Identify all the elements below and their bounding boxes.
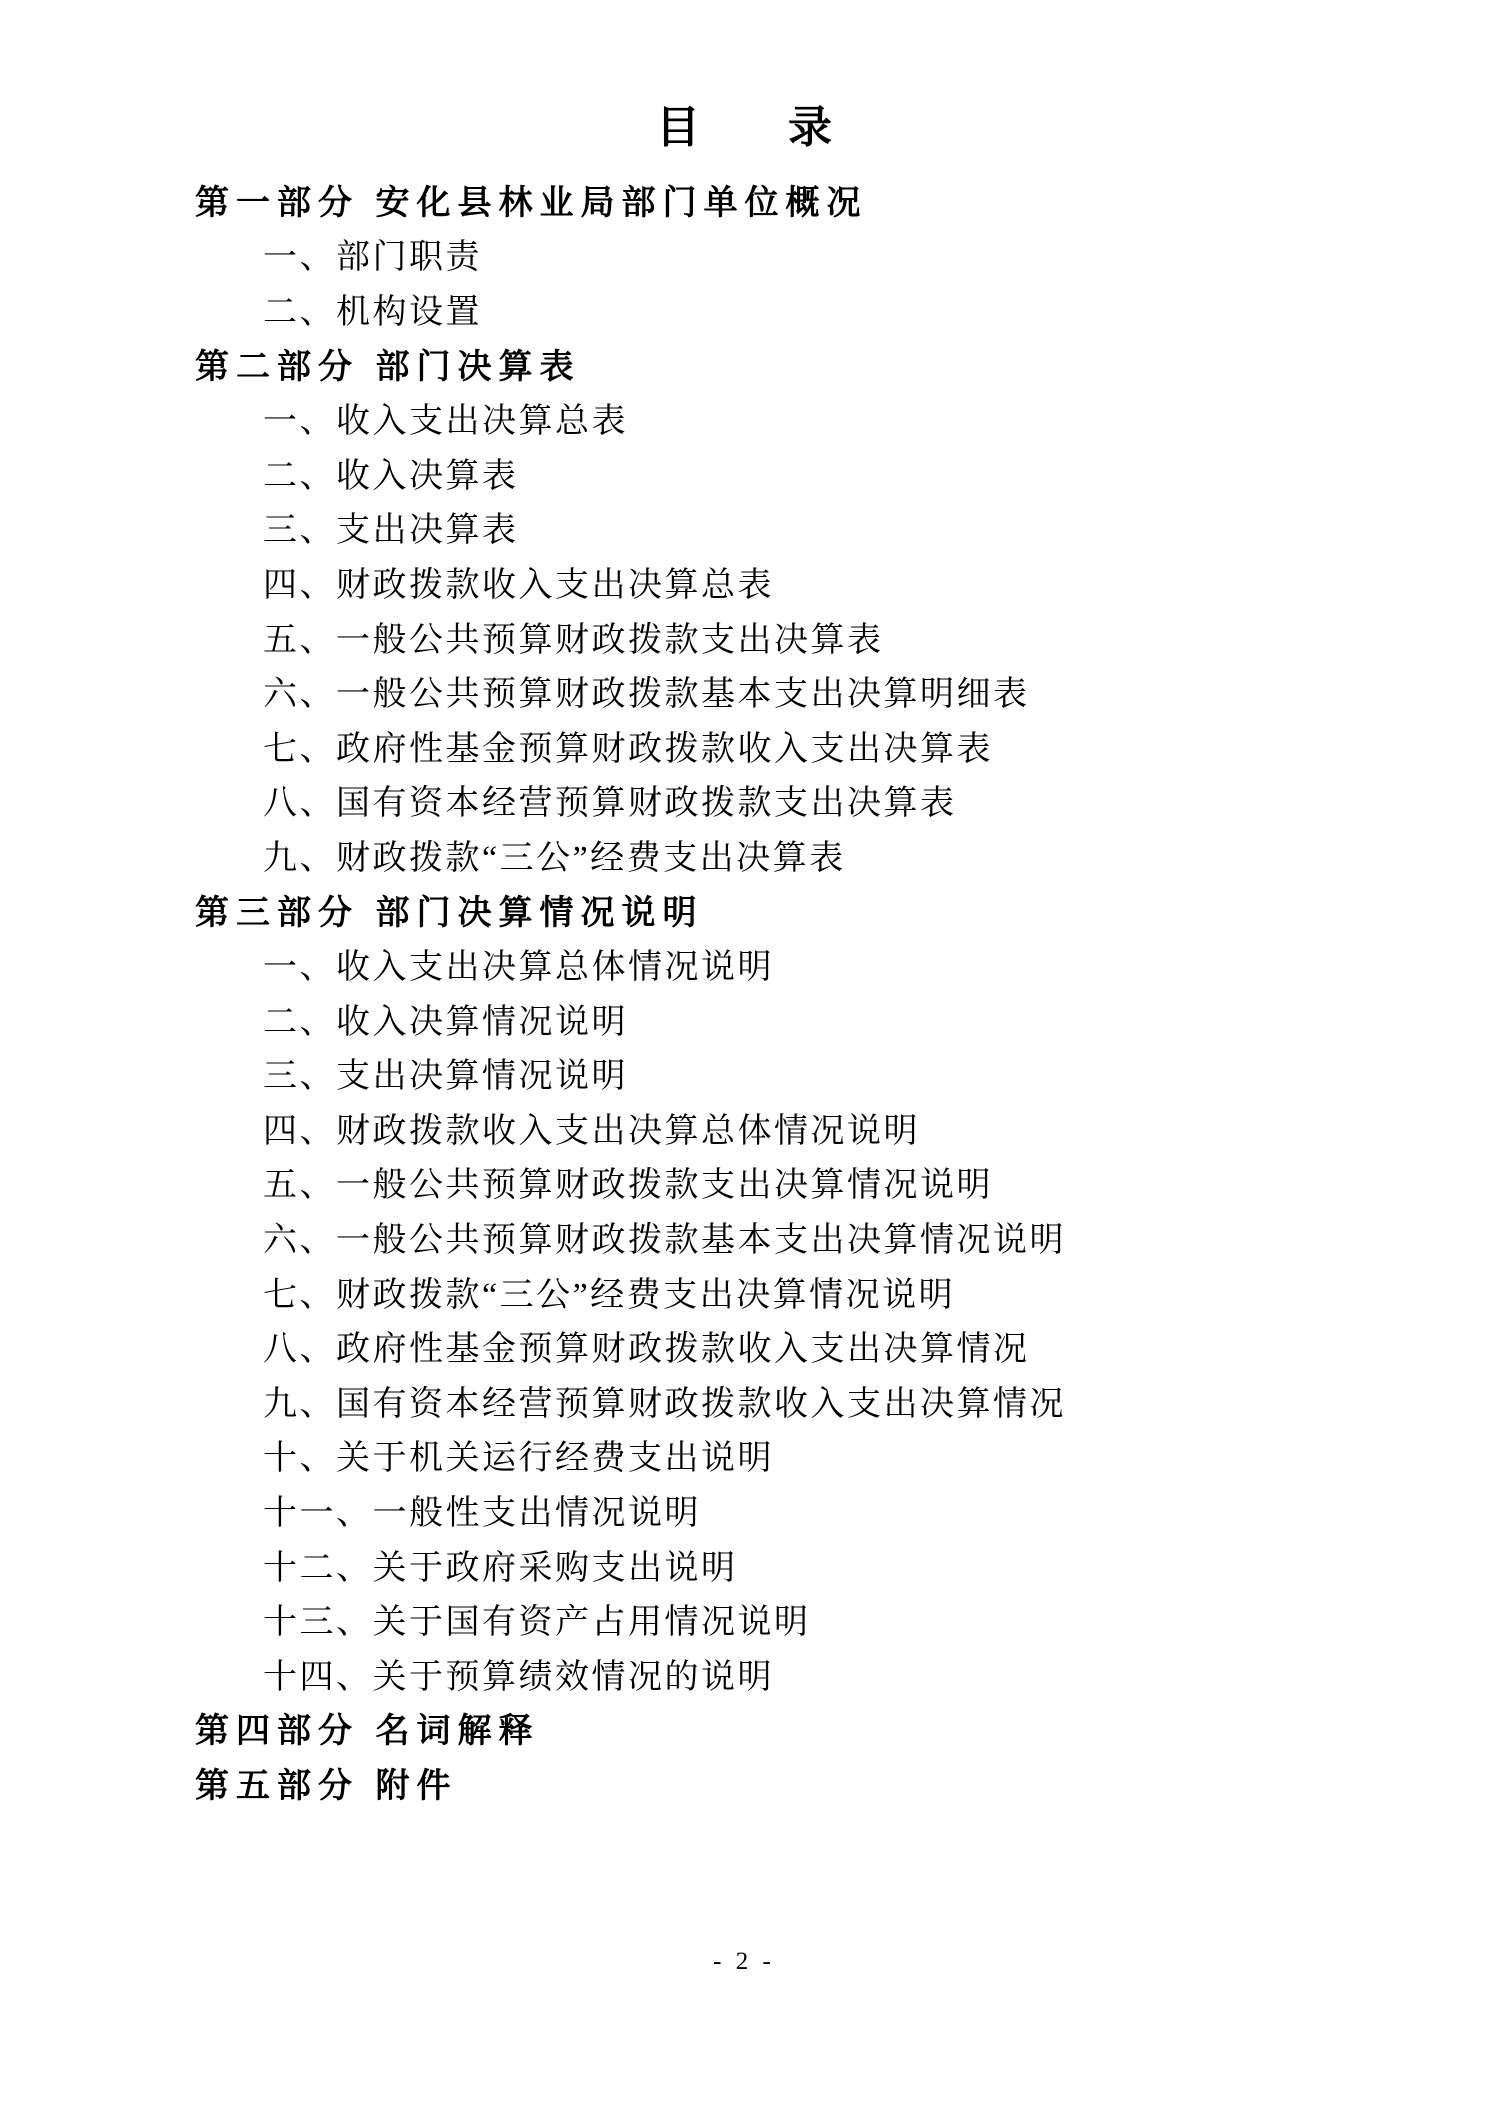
toc-entry: 五、一般公共预算财政拨款支出决算表 [0, 609, 1488, 664]
toc-section-heading: 第五部分 附件 [0, 1755, 1488, 1810]
toc-entry: 九、财政拨款“三公”经费支出决算表 [0, 827, 1488, 882]
document-page: 目 录 第一部分 安化县林业局部门单位概况一、部门职责二、机构设置第二部分 部门… [0, 0, 1488, 2104]
toc-entry: 六、一般公共预算财政拨款基本支出决算情况说明 [0, 1209, 1488, 1264]
toc-entry: 七、政府性基金预算财政拨款收入支出决算表 [0, 718, 1488, 773]
toc-entry: 十三、关于国有资产占用情况说明 [0, 1591, 1488, 1646]
document-title: 目 录 [0, 0, 1488, 152]
toc-list: 第一部分 安化县林业局部门单位概况一、部门职责二、机构设置第二部分 部门决算表一… [0, 172, 1488, 1810]
toc-entry: 二、收入决算表 [0, 445, 1488, 500]
toc-entry: 六、一般公共预算财政拨款基本支出决算明细表 [0, 663, 1488, 718]
toc-entry: 八、国有资本经营预算财政拨款支出决算表 [0, 773, 1488, 828]
toc-entry: 十一、一般性支出情况说明 [0, 1482, 1488, 1537]
toc-entry: 一、部门职责 [0, 227, 1488, 282]
toc-section-heading: 第四部分 名词解释 [0, 1701, 1488, 1756]
toc-entry: 四、财政拨款收入支出决算总体情况说明 [0, 1100, 1488, 1155]
toc-section-heading: 第三部分 部门决算情况说明 [0, 882, 1488, 937]
toc-entry: 八、政府性基金预算财政拨款收入支出决算情况 [0, 1318, 1488, 1373]
toc-entry: 五、一般公共预算财政拨款支出决算情况说明 [0, 1155, 1488, 1210]
toc-entry: 二、收入决算情况说明 [0, 991, 1488, 1046]
toc-entry: 二、机构设置 [0, 281, 1488, 336]
toc-entry: 一、收入支出决算总体情况说明 [0, 936, 1488, 991]
toc-entry: 一、收入支出决算总表 [0, 390, 1488, 445]
toc-entry: 十四、关于预算绩效情况的说明 [0, 1646, 1488, 1701]
toc-entry: 三、支出决算表 [0, 500, 1488, 555]
page-number: - 2 - [0, 1948, 1488, 1976]
toc-entry: 十、关于机关运行经费支出说明 [0, 1428, 1488, 1483]
toc-entry: 四、财政拨款收入支出决算总表 [0, 554, 1488, 609]
toc-entry: 九、国有资本经营预算财政拨款收入支出决算情况 [0, 1373, 1488, 1428]
toc-entry: 三、支出决算情况说明 [0, 1046, 1488, 1101]
toc-section-heading: 第二部分 部门决算表 [0, 336, 1488, 391]
toc-section-heading: 第一部分 安化县林业局部门单位概况 [0, 172, 1488, 227]
toc-entry: 十二、关于政府采购支出说明 [0, 1537, 1488, 1592]
toc-entry: 七、财政拨款“三公”经费支出决算情况说明 [0, 1264, 1488, 1319]
